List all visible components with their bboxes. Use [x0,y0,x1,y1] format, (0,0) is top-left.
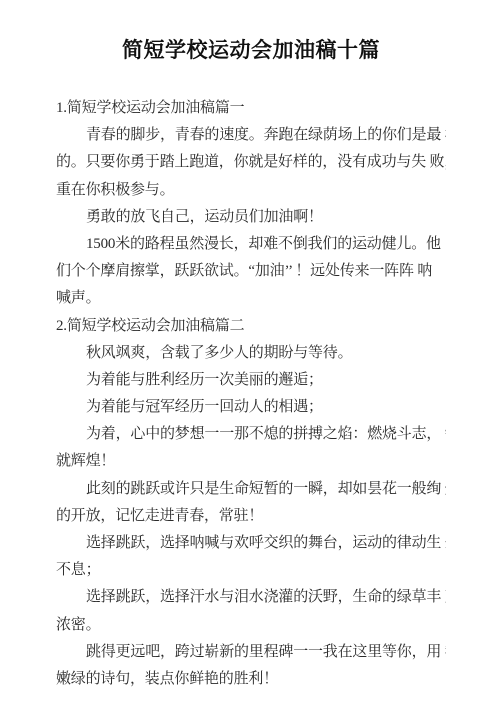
paragraph-line: 选择跳跃，选择汗水与泪水浇灌的沃野，生命的绿草丰 茂 [56,584,446,611]
paragraph-line: 不息； [56,557,446,584]
paragraph-line: 们个个摩肩擦掌，跃跃欲试。“加油’’ ！远处传来一阵阵 呐 [56,258,446,285]
paragraph-line: 跳得更远吧，跨过崭新的里程碑一一我在这里等你，用 我 [56,639,446,666]
paragraph-line: 青春的脚步，青春的速度。奔跑在绿荫场上的你们是最 棒 [56,122,446,149]
paragraph-line: 嫩绿的诗句，装点你鲜艳的胜利！ [56,666,446,693]
paragraph-line: 为着，心中的梦想一一那不熄的拼搏之焰：燃烧斗志， 铸 [56,421,446,448]
document-title: 简短学校运动会加油稿十篇 [56,36,446,66]
paragraph-line: 秋风飒爽，含载了多少人的期盼与等待。 [56,340,446,367]
paragraph-line: 1500米的路程虽然漫长，却难不倒我们的运动健儿。他 [56,231,446,258]
paragraph-line: 勇敢的放飞自己，运动员们加油啊！ [56,204,446,231]
paragraph-line: 的。只要你勇于踏上跑道，你就是好样的，没有成功与失 败， [56,149,446,176]
paragraph-line: 喊声。 [56,285,446,312]
paragraph-line: 此刻的跳跃或许只是生命短暂的一瞬，却如昙花一般绚 烂 [56,476,446,503]
paragraph-line: 选择跳跃，选择呐喊与欢呼交织的舞台，运动的律动生 生 [56,530,446,557]
document-page: 简短学校运动会加油稿十篇 1.简短学校运动会加油稿篇一青春的脚步，青春的速度。奔… [0,0,500,728]
section-heading: 1.简短学校运动会加油稿篇一 [56,95,446,122]
document-body: 1.简短学校运动会加油稿篇一青春的脚步，青春的速度。奔跑在绿荫场上的你们是最 棒… [56,95,446,693]
paragraph-line: 为着能与冠军经历一回动人的相遇； [56,394,446,421]
paragraph-line: 为着能与胜利经历一次美丽的邂逅； [56,367,446,394]
section-heading: 2.简短学校运动会加油稿篇二 [56,313,446,340]
paragraph-line: 就辉煌！ [56,448,446,475]
paragraph-line: 浓密。 [56,612,446,639]
paragraph-line: 重在你积极参与。 [56,177,446,204]
paragraph-line: 的开放，记忆走进青春，常驻！ [56,503,446,530]
